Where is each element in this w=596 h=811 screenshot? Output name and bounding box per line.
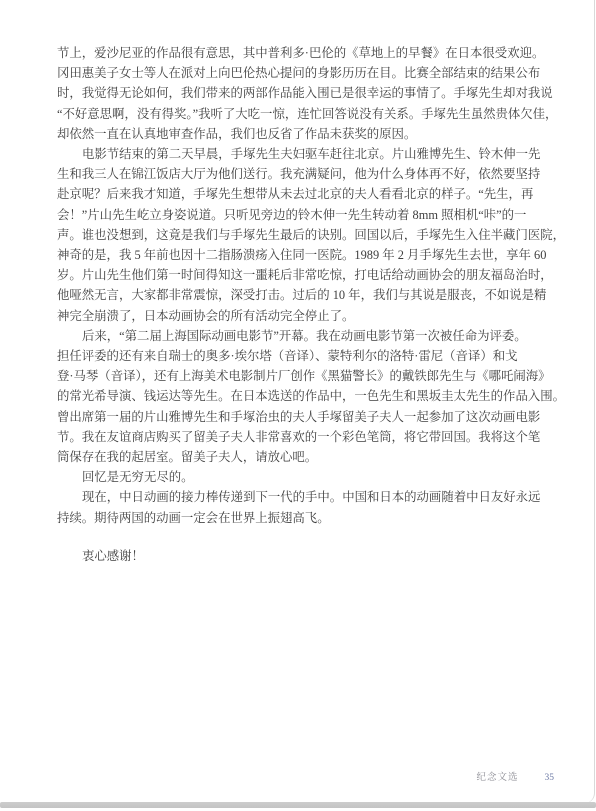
footer-section-title: 纪念文选	[476, 769, 518, 783]
footer: 纪念文选 35	[476, 769, 554, 783]
page-bottom-edge	[0, 802, 596, 808]
text-line: 筒保存在我的起居室。留美子夫人，请放心吧。	[57, 447, 541, 467]
text-line: 电影节结束的第二天早晨，手塚先生夫妇驱车赶往北京。片山雅博先生、铃木伸一先	[57, 144, 541, 164]
text-line: 却依然一直在认真地审查作品，我们也反省了作品未获奖的原因。	[57, 124, 541, 144]
footer-page-number: 35	[545, 773, 555, 783]
text-line: 节上，爱沙尼亚的作品很有意思，其中普利多·巴伦的《草地上的早餐》在日本很受欢迎。	[57, 43, 541, 63]
text-line: 神奇的是，我 5 年前也因十二指肠溃疡入住同一医院。1989 年 2 月手塚先生…	[57, 245, 541, 265]
text-line: 衷心感谢！	[57, 546, 541, 566]
text-line: 会！”片山先生屹立身姿说道。只听见旁边的铃木伸一先生转动着 8mm 照相机“咔”…	[57, 205, 541, 225]
text-line: 节。我在友谊商店购买了留美子夫人非常喜欢的一个彩色笔筒，将它带回国。我将这个笔	[57, 427, 541, 447]
text-line: 曾出席第一届的片山雅博先生和手塚治虫的夫人手塚留美子夫人一起参加了这次动画电影	[57, 407, 541, 427]
page-body-text: 节上，爱沙尼亚的作品很有意思，其中普利多·巴伦的《草地上的早餐》在日本很受欢迎。…	[57, 43, 541, 566]
text-line: 冈田惠美子女士等人在派对上向巴伦热心提问的身影历历在目。比赛全部结束的结果公布	[57, 63, 541, 83]
text-line: 登·马琴（音译），还有上海美术电影制片厂创作《黑猫警长》的戴铁郎先生与《哪吒闹海…	[57, 366, 541, 386]
text-line: 的常光希导演、钱运达等先生。在日本选送的作品中，一色先生和黑坂圭太先生的作品入围…	[57, 386, 541, 406]
text-line: 他哑然无言，大家都非常震惊，深受打击。过后的 10 年，我们与其说是服丧，不如说…	[57, 285, 541, 305]
text-line: 赴京呢？后来我才知道，手塚先生想带从未去过北京的夫人看看北京的样子。“先生，再	[57, 184, 541, 204]
text-line: 后来，“第二届上海国际动画电影节”开幕。我在动画电影节第一次被任命为评委。	[57, 326, 541, 346]
document-page: 节上，爱沙尼亚的作品很有意思，其中普利多·巴伦的《草地上的早餐》在日本很受欢迎。…	[0, 0, 595, 803]
text-line: 神完全崩溃了，日本动画协会的所有活动完全停止了。	[57, 306, 541, 326]
text-line: 生和我三人在锦江饭店大厅为他们送行。我充满疑问，他为什么身体再不好，依然要坚持	[57, 164, 541, 184]
text-line: 持续。期待两国的动画一定会在世界上振翅高飞。	[57, 508, 541, 528]
text-line: 声。谁也没想到，这竟是我们与手塚先生最后的诀别。回国以后，手塚先生入住半藏门医院…	[57, 225, 541, 245]
text-line: 现在，中日动画的接力棒传递到下一代的手中。中国和日本的动画随着中日友好永远	[57, 487, 541, 507]
text-line: 担任评委的还有来自瑞士的奥多·埃尔塔（音译）、蒙特利尔的洛特·雷尼（音译）和戈	[57, 346, 541, 366]
text-line: 时，我觉得无论如何，我们带来的两部作品能入围已是很幸运的事情了。手塚先生却对我说	[57, 83, 541, 103]
text-line: 回忆是无穷无尽的。	[57, 467, 541, 487]
text-line: “不好意思啊，没有得奖。”我听了大吃一惊，连忙回答说没有关系。手塚先生虽然贵体欠…	[57, 104, 541, 124]
text-line: 岁。片山先生他们第一时间得知这一噩耗后非常吃惊，打电话给动画协会的朋友福岛治时，	[57, 265, 541, 285]
